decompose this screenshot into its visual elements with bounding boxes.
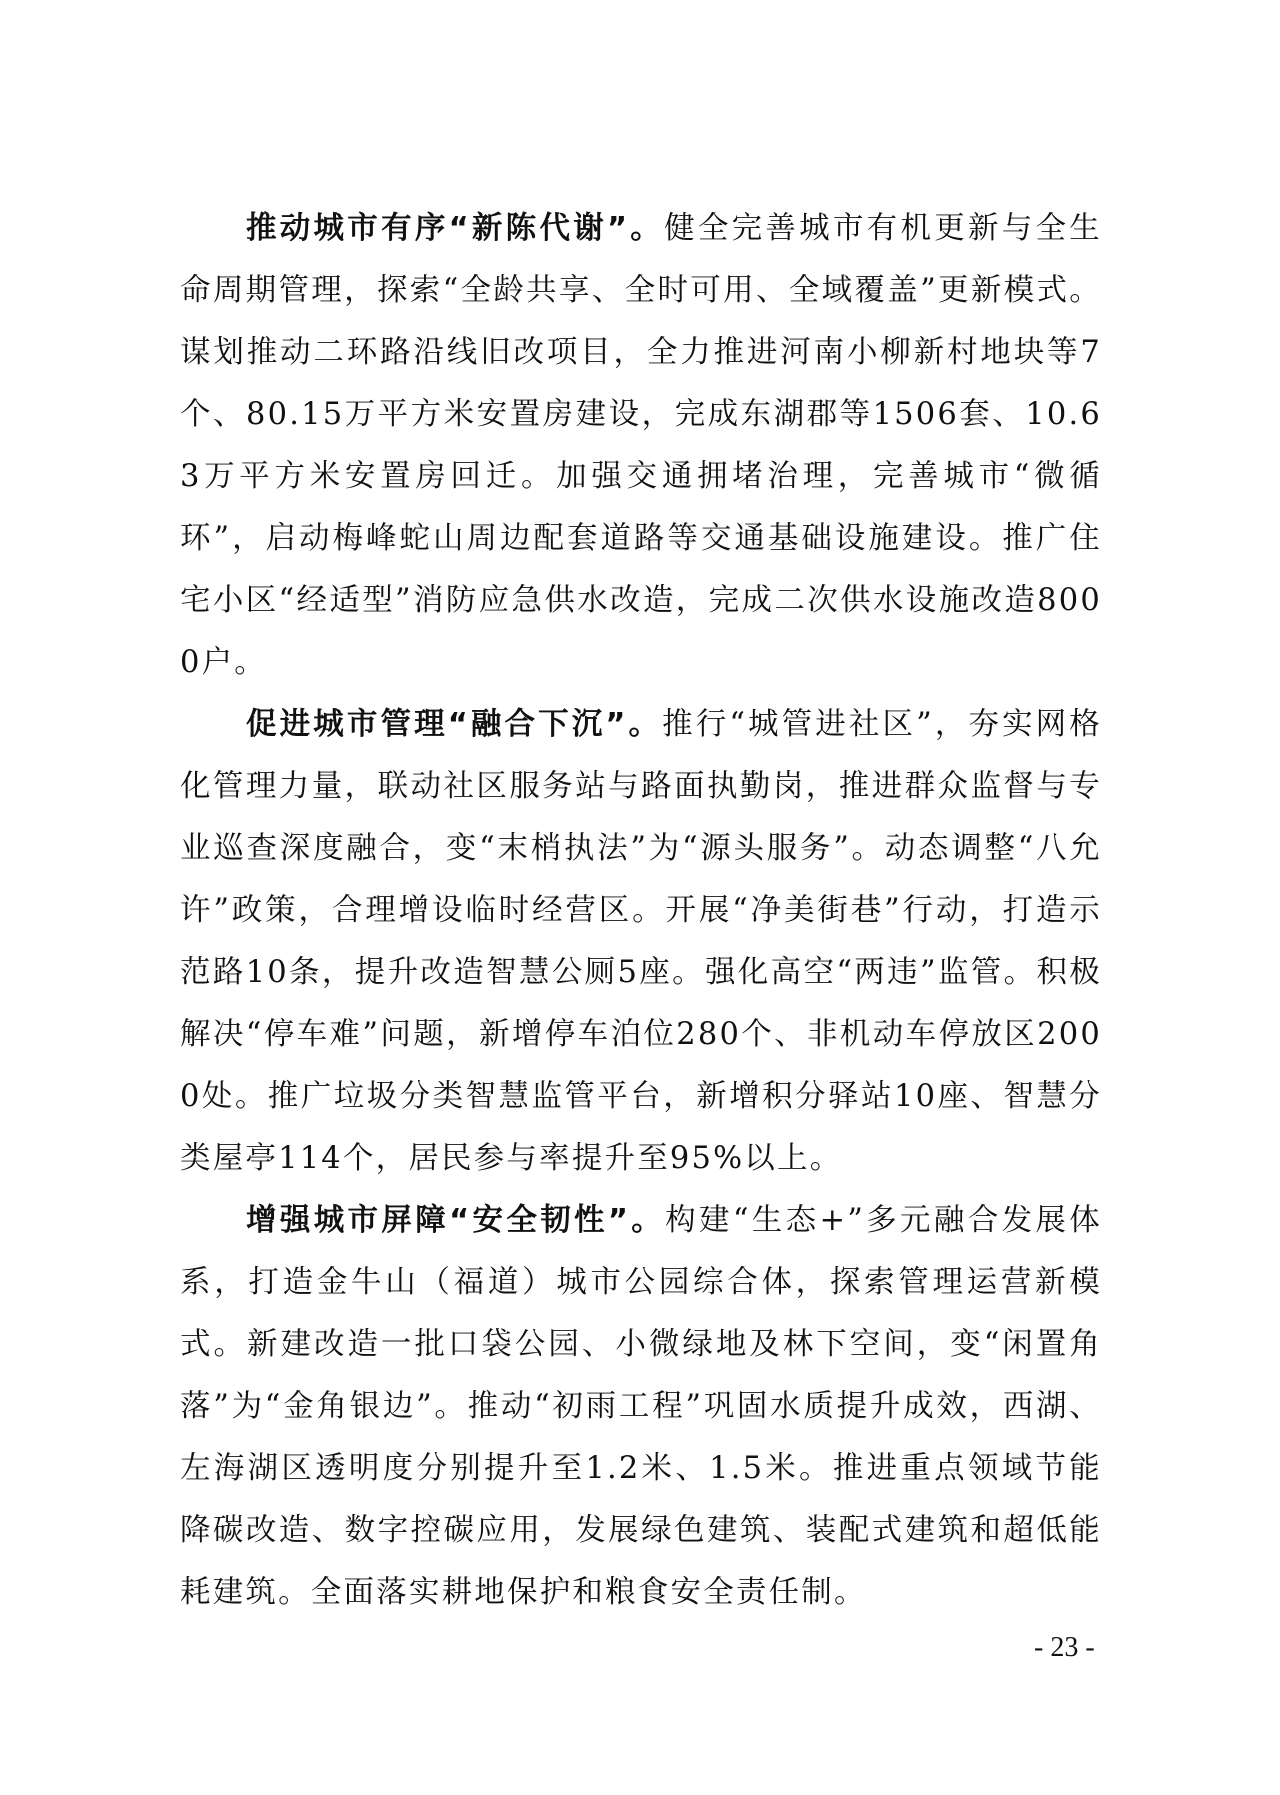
paragraph-heading: 促进城市管理“融合下沉”。 xyxy=(246,707,662,742)
page-number: - 23 - xyxy=(1034,1632,1095,1664)
document-body: 推动城市有序“新陈代谢”。健全完善城市有机更新与全生命周期管理，探索“全龄共享、… xyxy=(180,198,1102,1624)
paragraph-heading: 增强城市屏障“安全韧性”。 xyxy=(246,1203,665,1238)
paragraph-urban-management: 促进城市管理“融合下沉”。推行“城管进社区”，夯实网格化管理力量，联动社区服务站… xyxy=(180,694,1102,1190)
paragraph-text: 构建“生态+”多元融合发展体系，打造金牛山（福道）城市公园综合体，探索管理运营新… xyxy=(180,1203,1102,1610)
paragraph-text: 推行“城管进社区”，夯实网格化管理力量，联动社区服务站与路面执勤岗，推进群众监督… xyxy=(180,707,1102,1176)
paragraph-text: 健全完善城市有机更新与全生命周期管理，探索“全龄共享、全时可用、全域覆盖”更新模… xyxy=(180,211,1102,680)
paragraph-urban-renewal: 推动城市有序“新陈代谢”。健全完善城市有机更新与全生命周期管理，探索“全龄共享、… xyxy=(180,198,1102,694)
document-page: 推动城市有序“新陈代谢”。健全完善城市有机更新与全生命周期管理，探索“全龄共享、… xyxy=(0,0,1280,1795)
paragraph-urban-resilience: 增强城市屏障“安全韧性”。构建“生态+”多元融合发展体系，打造金牛山（福道）城市… xyxy=(180,1190,1102,1624)
paragraph-heading: 推动城市有序“新陈代谢”。 xyxy=(246,211,664,246)
